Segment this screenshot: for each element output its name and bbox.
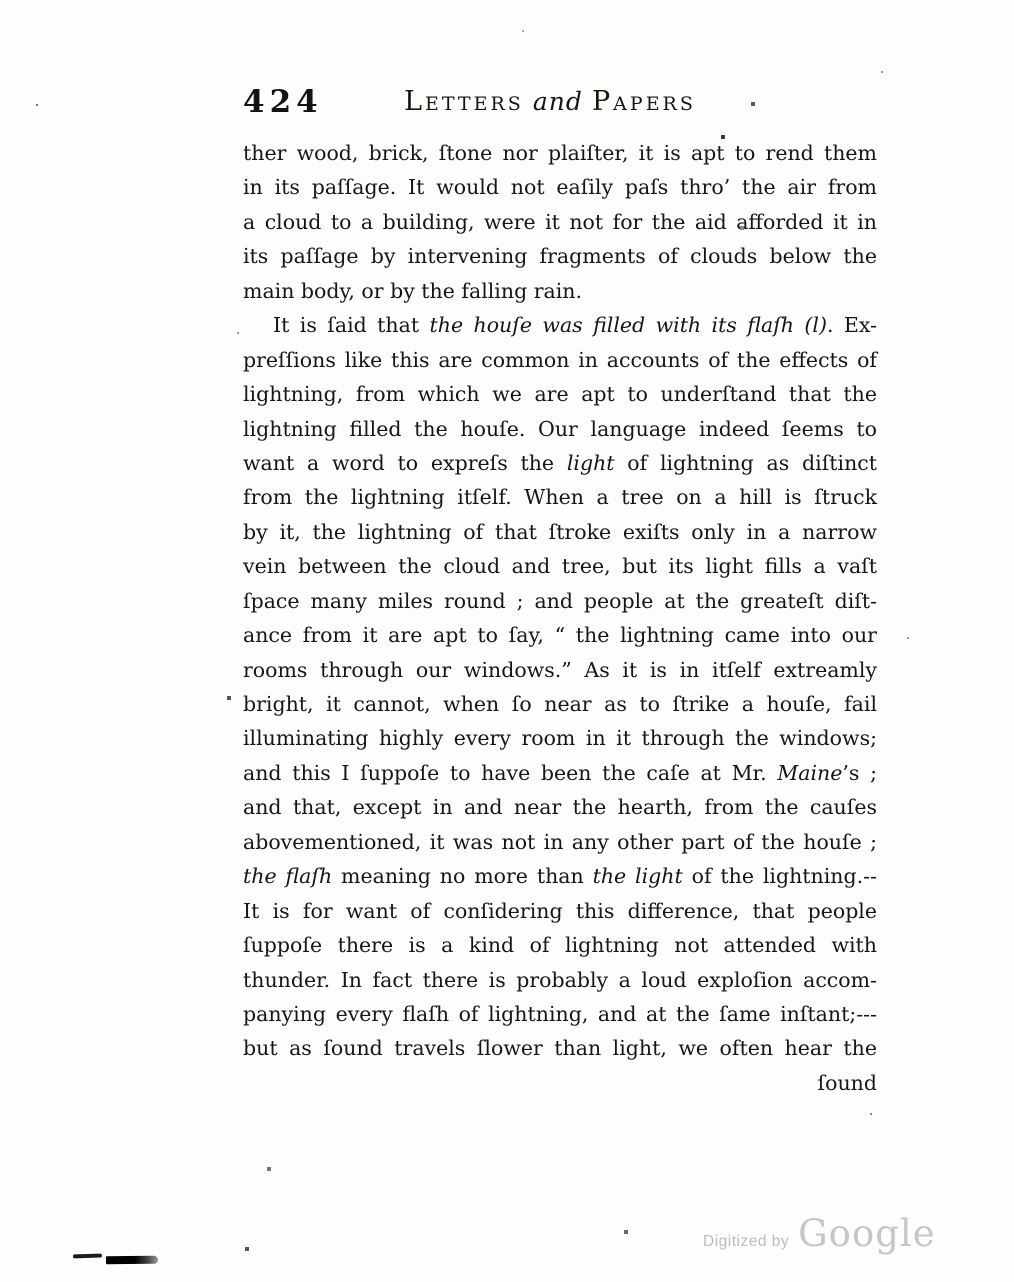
text-segment: lightning, from which we are apt to unde… xyxy=(243,382,877,406)
text-line: rooms through our windows.” As it is in … xyxy=(243,653,877,687)
text-segment: ther wood, brick, ſtone nor plaiſter, it… xyxy=(243,141,877,165)
text-line: panying every flaſh of lightning, and at… xyxy=(243,997,877,1031)
text-segment: ſuppoſe there is a kind of lightning not… xyxy=(243,933,877,957)
text-line: want a word to expreſs the light of ligh… xyxy=(243,446,877,480)
text-segment: rooms through our windows.” As it is in … xyxy=(243,658,877,682)
text-line: thunder. In fact there is probably a lou… xyxy=(243,963,877,997)
text-segment: illuminating highly every room in it thr… xyxy=(243,726,877,750)
italic-text-segment: Maine xyxy=(777,761,842,785)
text-segment: main body, or by the falling rain. xyxy=(243,279,582,303)
running-head-word-and: and xyxy=(529,87,587,116)
text-segment: thunder. In fact there is probably a lou… xyxy=(243,968,877,992)
text-segment: but as ſound travels ſlower than light, … xyxy=(243,1036,877,1060)
text-line: illuminating highly every room in it thr… xyxy=(243,721,877,755)
text-line: It is ſaid that the houſe was filled wit… xyxy=(243,308,877,342)
text-segment: its paſſage by intervening fragments of … xyxy=(243,244,877,268)
running-head-word-letters: Letters xyxy=(404,86,524,117)
text-line: lightning, from which we are apt to unde… xyxy=(243,377,877,411)
text-line: It is for want of conſidering this diffe… xyxy=(243,894,877,928)
text-segment: meaning no more than xyxy=(332,864,592,888)
text-segment: panying every flaſh of lightning, and at… xyxy=(243,1002,877,1026)
italic-text-segment: the light xyxy=(593,864,683,888)
text-segment: of lightning as diſtinct xyxy=(615,451,877,475)
text-segment: and that, except in and near the hearth,… xyxy=(243,795,877,819)
running-head-word-papers: Papers xyxy=(592,86,696,117)
running-head: Letters and Papers xyxy=(340,86,760,117)
text-line: lightning filled the houſe. Our language… xyxy=(243,412,877,446)
text-line: ther wood, brick, ſtone nor plaiſter, it… xyxy=(243,136,877,170)
ink-mark-small xyxy=(73,1253,102,1258)
text-segment: vein between the cloud and tree, but its… xyxy=(243,554,877,578)
text-line: and this I ſuppoſe to have been the caſe… xyxy=(243,756,877,790)
text-line: ſuppoſe there is a kind of lightning not… xyxy=(243,928,877,962)
text-line: bright, it cannot, when ſo near as to ſt… xyxy=(243,687,877,721)
text-segment: It is ſaid that xyxy=(273,313,430,337)
text-segment: from the lightning itſelf. When a tree o… xyxy=(243,485,877,509)
scanned-book-page: 424 Letters and Papers ther wood, brick,… xyxy=(0,0,1014,1282)
text-segment: and this I ſuppoſe to have been the caſe… xyxy=(243,761,777,785)
text-line: its paſſage by intervening fragments of … xyxy=(243,239,877,273)
text-segment: ſpace many miles round ; and people at t… xyxy=(243,589,877,613)
text-line: vein between the cloud and tree, but its… xyxy=(243,549,877,583)
text-segment: in its paſſage. It would not eaſily paſs… xyxy=(243,175,877,199)
text-segment: . Ex- xyxy=(827,313,877,337)
text-line: abovementioned, it was not in any other … xyxy=(243,825,877,859)
text-segment: ’s ; xyxy=(842,761,877,785)
text-segment: preſſions like this are common in accoun… xyxy=(243,348,877,372)
text-segment: It is for want of conſidering this diffe… xyxy=(243,899,877,923)
text-line: from the lightning itſelf. When a tree o… xyxy=(243,480,877,514)
text-line: a cloud to a building, were it not for t… xyxy=(243,205,877,239)
text-line: and that, except in and near the hearth,… xyxy=(243,790,877,824)
digitized-by-label: Digitized by xyxy=(703,1233,789,1251)
text-line: ſound xyxy=(243,1066,877,1100)
text-line: ance from it are apt to ſay, “ the light… xyxy=(243,618,877,652)
text-line: preſſions like this are common in accoun… xyxy=(243,343,877,377)
text-segment: bright, it cannot, when ſo near as to ſt… xyxy=(243,692,877,716)
page-text: ther wood, brick, ſtone nor plaiſter, it… xyxy=(243,136,877,1100)
text-segment: want a word to expreſs the xyxy=(243,451,567,475)
text-segment: by it, the lightning of that ſtroke exiſ… xyxy=(243,520,877,544)
italic-text-segment: the flaſh xyxy=(243,864,332,888)
text-segment: of the lightning.-- xyxy=(683,864,877,888)
text-line: the flaſh meaning no more than the light… xyxy=(243,859,877,893)
text-line: in its paſſage. It would not eaſily paſs… xyxy=(243,170,877,204)
text-segment: ſound xyxy=(818,1071,877,1095)
text-line: but as ſound travels ſlower than light, … xyxy=(243,1031,877,1065)
ink-mark-large xyxy=(106,1256,158,1264)
text-line: main body, or by the falling rain. xyxy=(243,274,877,308)
text-line: ſpace many miles round ; and people at t… xyxy=(243,584,877,618)
page-number: 424 xyxy=(243,84,323,120)
text-segment: abovementioned, it was not in any other … xyxy=(243,830,877,854)
text-segment: ance from it are apt to ſay, “ the light… xyxy=(243,623,877,647)
google-watermark: Digitized by Google xyxy=(703,1212,936,1255)
scan-specks xyxy=(0,0,2,2)
text-segment: lightning filled the houſe. Our language… xyxy=(243,417,877,441)
text-segment: a cloud to a building, were it not for t… xyxy=(243,210,877,234)
italic-text-segment: the houſe was filled with its flaſh (l) xyxy=(430,313,827,337)
text-line: by it, the lightning of that ſtroke exiſ… xyxy=(243,515,877,549)
google-logo: Google xyxy=(798,1212,936,1255)
italic-text-segment: light xyxy=(567,451,615,475)
